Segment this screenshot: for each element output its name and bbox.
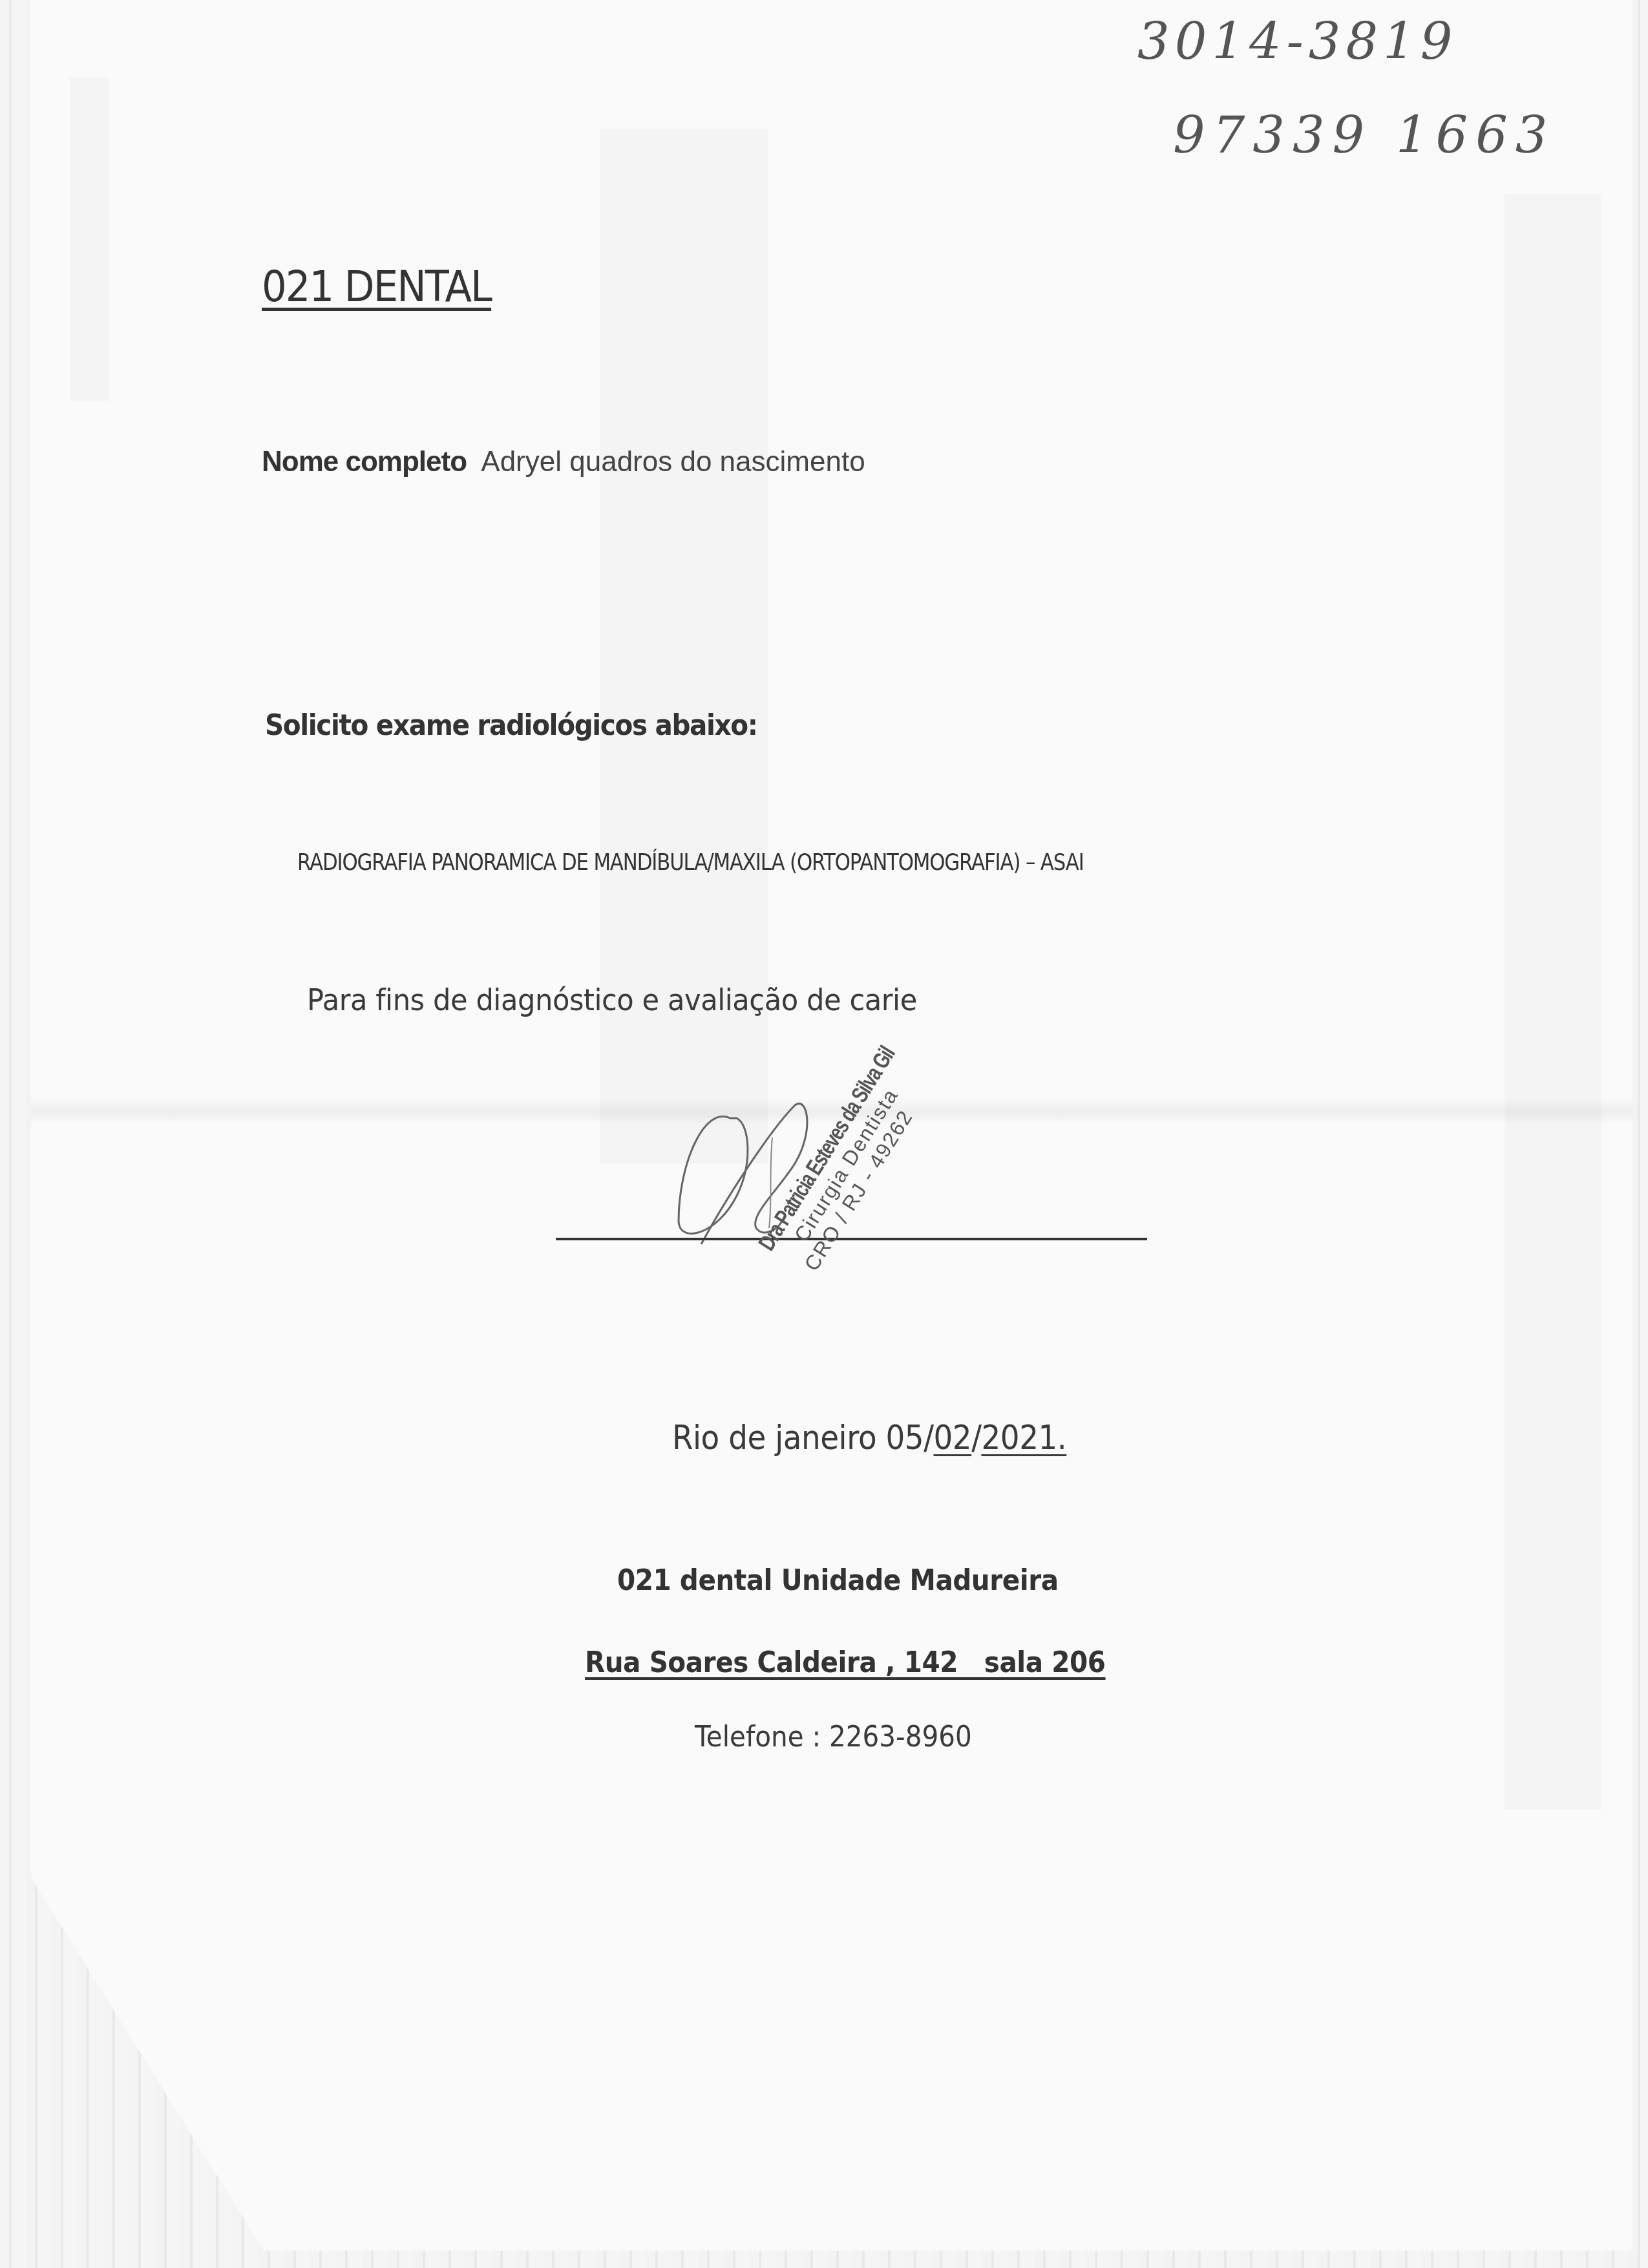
date-prefix: Rio de janeiro 05/ <box>672 1419 933 1457</box>
date-year: 2021. <box>981 1419 1066 1457</box>
signature-line <box>556 1238 1147 1240</box>
bleed-through-mark <box>1505 194 1601 1810</box>
handwritten-note-1: 3014-3819 <box>1137 13 1457 71</box>
clinic-unit: 021 dental Unidade Madureira <box>617 1563 1059 1597</box>
date-separator: / <box>971 1419 981 1457</box>
clinic-address: Rua Soares Caldeira , 142 sala 206 <box>585 1645 1106 1679</box>
patient-name-label: Nome completo <box>262 446 467 478</box>
patient-name-row: Nome completo Adryel quadros do nascimen… <box>262 446 865 478</box>
exam-purpose: Para fins de diagnóstico e avaliação de … <box>307 982 917 1018</box>
bleed-through-mark <box>70 78 109 401</box>
issue-date: Rio de janeiro 05/02/2021. <box>672 1419 1066 1457</box>
document-title: 021 DENTAL <box>262 262 491 312</box>
request-heading: Solicito exame radiológicos abaixo: <box>265 708 757 742</box>
patient-name-value: Adryel quadros do nascimento <box>481 446 865 478</box>
requested-exam: RADIOGRAFIA PANORAMICA DE MANDÍBULA/MAXI… <box>297 850 1084 876</box>
handwritten-note-2: 97339 1663 <box>1173 107 1555 165</box>
clinic-phone: Telefone : 2263-8960 <box>695 1719 972 1754</box>
date-month: 02 <box>933 1419 971 1457</box>
